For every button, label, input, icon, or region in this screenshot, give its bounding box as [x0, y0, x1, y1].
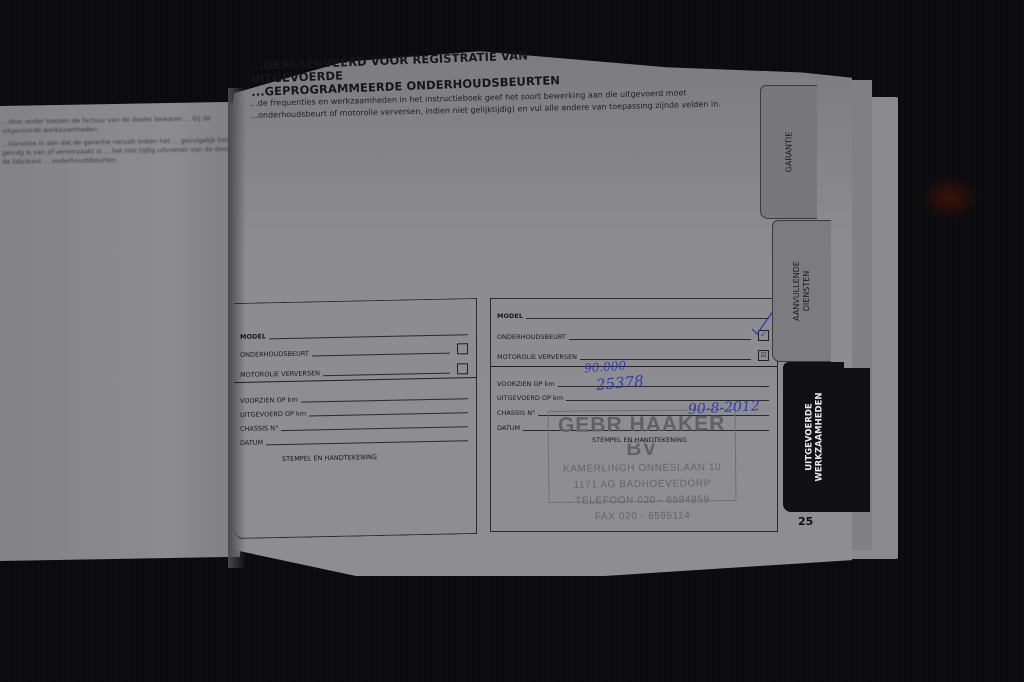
tab-label-line-2: DIENSTEN [802, 271, 811, 312]
left-paragraph-2: ...Garantie in aan dat de garantie verva… [2, 136, 232, 167]
field-label: MODEL [240, 332, 266, 341]
service-record-form-empty: MODEL ONDERHOUDSBEURT MOTOROLIE VERVERSE… [234, 298, 477, 539]
tab-uitgevoerde-werkzaamheden[interactable]: UITGEVOERDE WERKZAAMHEDEN [783, 362, 844, 512]
dealer-phone: TELEFOON 020 - 6594859 [549, 492, 735, 510]
field-label: MODEL [497, 312, 523, 320]
field-label: CHASSIS N° [240, 424, 278, 433]
field-line[interactable] [309, 412, 468, 416]
field-label: UITGEVOERD OP km [497, 394, 563, 402]
dealer-address: KAMERLINGH ONNESLAAN 10 [549, 460, 735, 478]
field-label: VOORZIEN OP km [240, 396, 298, 405]
field-line[interactable] [269, 334, 468, 339]
field-line[interactable] [526, 318, 769, 319]
form-row-model: MODEL [497, 309, 769, 320]
tab-label: GARANTIE [784, 132, 794, 173]
tab-label-line-1: UITGEVOERDE [804, 403, 814, 471]
field-label: DATUM [497, 424, 520, 432]
dealer-fax: FAX 020 - 6595114 [550, 508, 736, 526]
field-label: VOORZIEN OP km [497, 380, 555, 388]
field-line [323, 373, 450, 377]
tab-label-line-2: WERKZAAMHEDEN [814, 393, 824, 482]
form-row-motorolie: MOTOROLIE VERVERSEN☑ [497, 350, 769, 361]
field-label: MOTOROLIE VERVERSEN [497, 353, 577, 361]
dealer-stamp: GEBR HAAKER BV KAMERLINGH ONNESLAAN 10 1… [548, 409, 737, 503]
left-page: ...door onder toezien de factuur van de … [0, 102, 240, 561]
form-row-voorzien: VOORZIEN OP km [240, 389, 468, 405]
field-label: DATUM [240, 438, 263, 446]
field-label: CHASSIS N° [497, 409, 535, 417]
form-row-motorolie: MOTOROLIE VERVERSEN [240, 363, 468, 379]
field-line [312, 353, 450, 357]
field-line[interactable] [558, 386, 769, 387]
field-line [569, 339, 751, 340]
field-line[interactable] [266, 440, 468, 445]
field-label: ONDERHOUDSBEURT [497, 333, 566, 341]
dealer-city: 1171 AG BADHOEVEDORP [549, 476, 735, 494]
checkbox-onderhoudsbeurt[interactable] [457, 343, 468, 354]
form-row-onderhoudsbeurt: ONDERHOUDSBEURT [240, 343, 468, 359]
field-label: UITGEVOERD OP km [240, 410, 306, 419]
form-row-onderhoudsbeurt: ONDERHOUDSBEURT✓ [497, 330, 769, 341]
left-page-text: ...door onder toezien de factuur van de … [2, 114, 232, 171]
field-label: MOTOROLIE VERVERSEN [240, 369, 320, 379]
page-number: 25 [798, 515, 813, 528]
tab-aanvullende-diensten[interactable]: AANVULLENDE DIENSTEN [772, 220, 831, 362]
tab-garantie[interactable]: GARANTIE [760, 85, 817, 219]
divider [491, 366, 777, 367]
left-paragraph-1: ...door onder toezien de factuur van de … [2, 114, 232, 136]
form-row-datum: DATUM [240, 431, 468, 447]
field-line[interactable] [281, 426, 468, 431]
form-row-uitgevoerd: UITGEVOERD OP km [240, 403, 468, 419]
stamp-signature-label: STEMPEL EN HANDTEKENING [592, 436, 687, 444]
background-red-object [920, 175, 980, 220]
tab-label: UITGEVOERDE WERKZAAMHEDEN [804, 393, 824, 482]
field-label: ONDERHOUDSBEURT [240, 350, 309, 359]
tab-label-line-1: AANVULLENDE [792, 261, 801, 321]
tab-label: AANVULLENDE DIENSTEN [792, 261, 812, 321]
form-row-chassis: CHASSIS N° [240, 417, 468, 433]
form-row-model: MODEL [240, 325, 468, 341]
checkbox-motorolie[interactable] [457, 363, 468, 374]
checkbox-motorolie-checked[interactable]: ☑ [758, 350, 769, 361]
stamp-signature-label: STEMPEL EN HANDTEKENING [282, 453, 377, 463]
field-line[interactable] [301, 398, 468, 403]
